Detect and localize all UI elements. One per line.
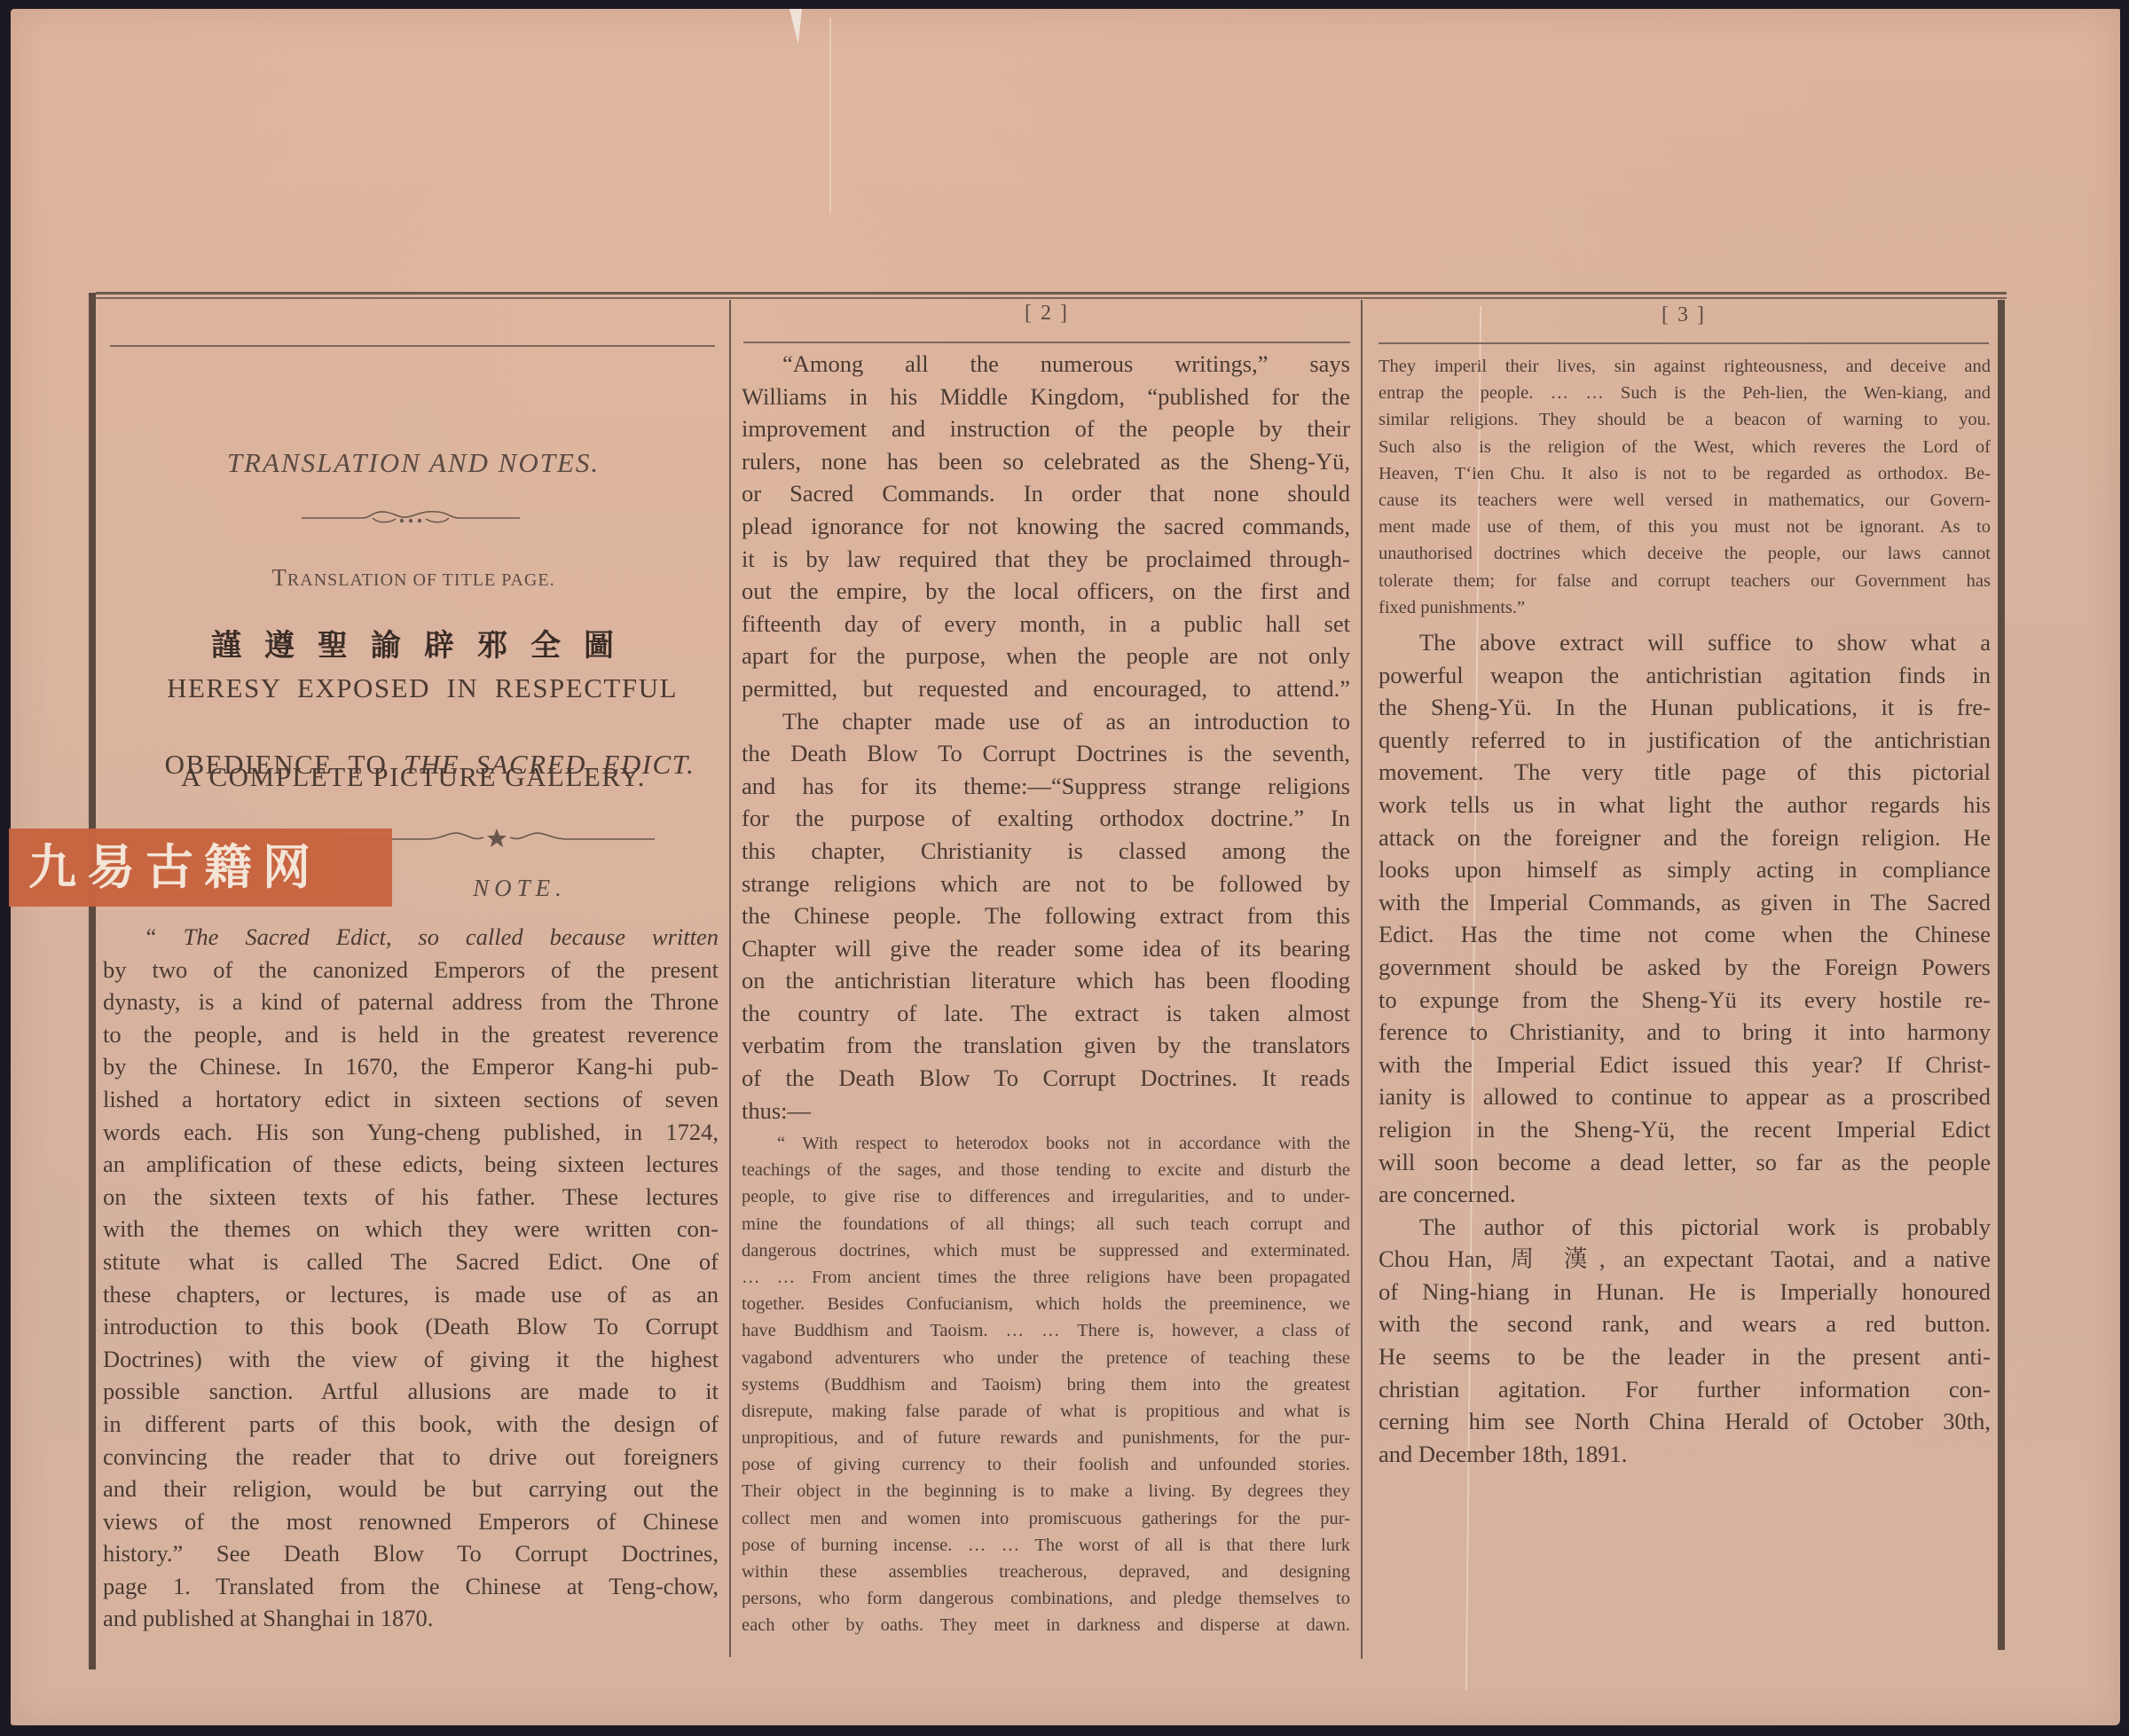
text-line: pose of burning incense. … … The worst o… [742, 1532, 1350, 1559]
text-line: on the sixteen texts of his father. Thes… [103, 1181, 719, 1214]
text-line: christian agitation. For further informa… [1379, 1373, 1991, 1406]
text-line: views of the most renowned Emperors of C… [103, 1505, 719, 1538]
text-line: in different parts of this book, with th… [103, 1408, 719, 1441]
text-line: collect men and women into promiscuous g… [742, 1505, 1350, 1532]
text-line: persons, who form dangerous combinations… [742, 1585, 1350, 1612]
text-line: an amplification of these edicts, being … [103, 1148, 719, 1181]
text-line: tolerate them; for false and corrupt tea… [1379, 568, 1991, 594]
chinese-title: 謹遵聖諭辟邪全圖 [108, 621, 740, 664]
text-line: page 1. Translated from the Chinese at T… [103, 1570, 719, 1603]
text-line: on the antichristian literature which ha… [742, 964, 1350, 997]
text-line: to expunge from the Sheng-Yü its every h… [1379, 984, 1991, 1017]
column-divider-2 [1361, 300, 1363, 1659]
text-line: dynasty, is a kind of paternal address f… [103, 986, 719, 1018]
right-body: The above extract will suffice to show w… [1379, 626, 1991, 1470]
text-line: out the empire, by the local officers, o… [742, 575, 1350, 608]
text-line: The author of this pictorial work is pro… [1379, 1211, 1991, 1244]
text-line: Chapter will give the reader some idea o… [742, 932, 1350, 965]
text-line: Chou Han, 周 漢, an expectant Taotai, and … [1379, 1243, 1991, 1276]
text-line: introduction to this book (Death Blow To… [103, 1310, 719, 1343]
text-line: and December 18th, 1891. [1379, 1438, 1991, 1471]
text-line: strange religions which are not to be fo… [742, 868, 1350, 900]
text-line: systems (Buddhism and Taoism) bring them… [742, 1371, 1350, 1398]
text-line: “ With respect to heterodox books not in… [742, 1130, 1350, 1157]
note-body: “ The Sacred Edict, so called because wr… [103, 921, 719, 1635]
text-line: improvement and instruction of the peopl… [742, 412, 1350, 445]
text-line: this chapter, Christianity is classed am… [742, 835, 1350, 868]
text-line: will soon become a dead letter, so far a… [1379, 1146, 1991, 1179]
text-line: within these assemblies treacherous, dep… [742, 1559, 1350, 1585]
text-line: work tells us in what light the author r… [1379, 789, 1991, 821]
text-line: have Buddhism and Taoism. … … There is, … [742, 1317, 1350, 1344]
text-line: it is by law required that they be procl… [742, 543, 1350, 576]
text-line: of Ning-hiang in Hunan. He is Imperially… [1379, 1276, 1991, 1308]
frame-right-border [1998, 300, 2005, 1650]
text-line: together. Besides Confucianism, which ho… [742, 1291, 1350, 1317]
text-line: verbatim from the translation given by t… [742, 1029, 1350, 1062]
text-line: fifteenth day of every month, in a publi… [742, 608, 1350, 640]
text-line: convincing the reader that to drive out … [103, 1441, 719, 1473]
text-line: government should be asked by the Foreig… [1379, 951, 1991, 984]
text-line: rulers, none has been so celebrated as t… [742, 445, 1350, 478]
text-line: He seems to be the leader in the present… [1379, 1340, 1991, 1373]
middle-column: “Among all the numerous writings,” says … [742, 348, 1354, 1661]
text-line: of the Death Blow To Corrupt Doctrines. … [742, 1062, 1350, 1095]
text-line: and has for its theme:—“Suppress strange… [742, 770, 1350, 803]
text-line: and published at Shanghai in 1870. [103, 1602, 719, 1635]
middle-body: “Among all the numerous writings,” says … [742, 348, 1350, 1127]
text-line: apart for the purpose, when the people a… [742, 640, 1350, 672]
text-line: attack on the foreigner and the foreign … [1379, 821, 1991, 854]
english-title-line-3: A COMPLETE PICTURE GALLERY. [98, 761, 729, 793]
middle-extract: “ With respect to heterodox books not in… [742, 1130, 1350, 1639]
text-line: the Chinese people. The following extrac… [742, 899, 1350, 932]
text-line: “ The Sacred Edict, so called because wr… [103, 921, 719, 954]
text-line: Heaven, T‘ien Chu. It also is not to be … [1379, 460, 1991, 487]
text-line: unauthorised doctrines which deceive the… [1379, 540, 1991, 567]
text-line: or Sacred Commands. In order that none s… [742, 477, 1350, 510]
column-divider-1 [729, 300, 731, 1657]
middle-column-header-rule [743, 342, 1350, 343]
text-line: movement. The very title page of this pi… [1379, 756, 1991, 789]
right-column-header-rule [1379, 342, 1989, 344]
paper-crease [829, 18, 831, 213]
text-line: for the purpose of exalting orthodox doc… [742, 802, 1350, 835]
text-line: entrap the people. … … Such is the Peh-l… [1379, 380, 1991, 406]
text-line: Williams in his Middle Kingdom, “publish… [742, 381, 1350, 413]
text-line: the Sheng-Yü. In the Hunan publications,… [1379, 691, 1991, 724]
watermark-banner: 九易古籍网 [9, 829, 392, 907]
text-line: ment made use of them, of this you must … [1379, 514, 1991, 540]
text-line: cause its teachers were well versed in m… [1379, 487, 1991, 514]
text-line: powerful weapon the antichristian agitat… [1379, 659, 1991, 692]
page-number-3: [ 3 ] [1379, 303, 1989, 327]
right-extract: They imperil their lives, sin against ri… [1379, 353, 1991, 621]
text-line: each other by oaths. They meet in darkne… [742, 1612, 1350, 1638]
text-line: with the Imperial Commands, as given in … [1379, 886, 1991, 919]
text-line: by two of the canonized Emperors of the … [103, 954, 719, 986]
text-line: and their religion, would be but carryin… [103, 1473, 719, 1505]
text-line: with the themes on which they were writt… [103, 1213, 719, 1245]
text-line: with the Imperial Edict issued this year… [1379, 1049, 1991, 1081]
text-line: the Death Blow To Corrupt Doctrines is t… [742, 737, 1350, 770]
text-line: Such also is the religion of the West, w… [1379, 434, 1991, 460]
text-line: disrepute, making false parade of what i… [742, 1398, 1350, 1425]
text-line: words each. His son Yung-cheng published… [103, 1116, 719, 1149]
page-number-2: [ 2 ] [743, 302, 1350, 326]
text-line: permitted, but requested and encouraged,… [742, 672, 1350, 705]
ornament-divider-icon [300, 507, 522, 527]
right-column: They imperil their lives, sin against ri… [1379, 353, 1992, 1657]
text-line: They imperil their lives, sin against ri… [1379, 353, 1991, 380]
text-line: The above extract will suffice to show w… [1379, 626, 1991, 659]
english-title-line-1: HERESY EXPOSED IN RESPECTFUL [106, 672, 738, 704]
text-line: pose of giving currency to their foolish… [742, 1451, 1350, 1478]
text-line: by the Chinese. In 1670, the Emperor Kan… [103, 1050, 719, 1083]
text-line: fixed punishments.” [1379, 594, 1991, 621]
text-line: vagabond adventurers who under the prete… [742, 1345, 1350, 1371]
text-line: are concerned. [1379, 1178, 1991, 1211]
text-line: ianity is allowed to continue to appear … [1379, 1080, 1991, 1113]
text-line: people, to give rise to differences and … [742, 1183, 1350, 1210]
text-line: mine the foundations of all things; all … [742, 1211, 1350, 1237]
text-line: quently referred to in justification of … [1379, 724, 1991, 757]
text-line: dangerous doctrines, which must be suppr… [742, 1237, 1350, 1264]
text-line: looks upon himself as simply acting in c… [1379, 853, 1991, 886]
text-line: ference to Christianity, and to bring it… [1379, 1016, 1991, 1049]
text-line: lished a hortatory edict in sixteen sect… [103, 1083, 719, 1116]
text-line: … … From ancient times the three religio… [742, 1264, 1350, 1291]
text-line: unpropitious, and of future rewards and … [742, 1425, 1350, 1451]
text-line: stitute what is called The Sacred Edict.… [103, 1245, 719, 1278]
title-page-subheading: TRANSLATION OF TITLE PAGE. [98, 564, 729, 592]
text-line: Doctrines) with the view of giving it th… [103, 1343, 719, 1376]
text-line: cerning him see North China Herald of Oc… [1379, 1405, 1991, 1438]
text-line: with the second rank, and wears a red bu… [1379, 1308, 1991, 1340]
text-line: possible sanction. Artful allusions are … [103, 1375, 719, 1408]
text-line: thus:— [742, 1095, 1350, 1127]
text-line: The chapter made use of as an introducti… [742, 705, 1350, 738]
frame-top-border [96, 292, 2007, 299]
translation-heading: TRANSLATION AND NOTES. [98, 447, 729, 479]
frame-left-border [89, 293, 96, 1669]
text-line: Their object in the beginning is to make… [742, 1478, 1350, 1504]
text-line: religion in the Sheng-Yü, the recent Imp… [1379, 1113, 1991, 1146]
text-line: plead ignorance for not knowing the sacr… [742, 510, 1350, 543]
text-line: Edict. Has the time not come when the Ch… [1379, 918, 1991, 951]
text-line: similar religions. They should be a beac… [1379, 406, 1991, 433]
text-line: teachings of the sages, and those tendin… [742, 1157, 1350, 1183]
text-line: the country of late. The extract is take… [742, 997, 1350, 1030]
text-line: history.” See Death Blow To Corrupt Doct… [103, 1537, 719, 1570]
left-column: TRANSLATION AND NOTES. TRANSLATION OF TI… [98, 302, 729, 1668]
text-line: to the people, and is held in the greate… [103, 1018, 719, 1051]
text-line: these chapters, or lectures, is made use… [103, 1278, 719, 1311]
text-line: “Among all the numerous writings,” says [742, 348, 1350, 381]
